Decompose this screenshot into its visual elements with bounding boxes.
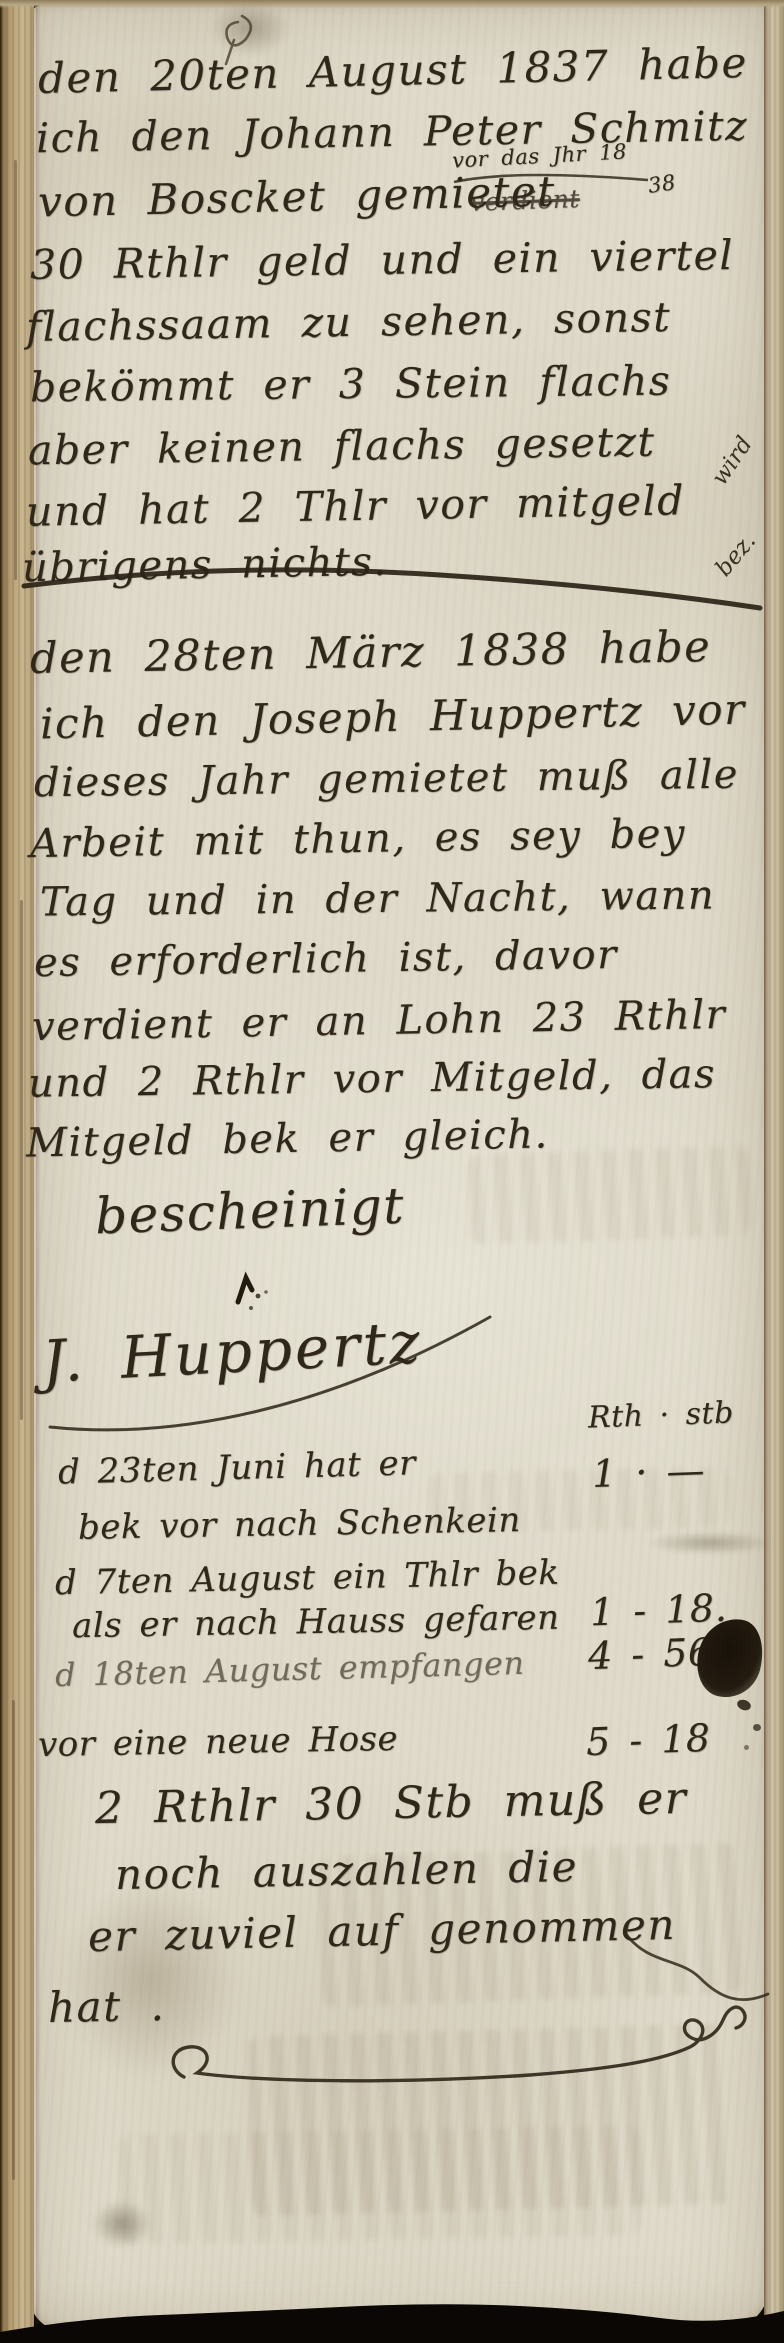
page-top-edge xyxy=(0,0,784,8)
binding-crease xyxy=(20,900,23,1420)
manuscript-line: bekömmt er 3 Stein flachs xyxy=(30,357,672,412)
bleed-through-smudge xyxy=(119,2125,641,2244)
manuscript-line: 30 Rthlr geld und ein viertel xyxy=(30,231,735,289)
account-row-amount: 1 - 18. xyxy=(589,1586,728,1635)
account-row-text: vor eine neue Hose xyxy=(38,1719,399,1765)
manuscript-line: es erforderlich ist, davor xyxy=(34,932,618,986)
manuscript-line: flachssaam zu sehen, sonst xyxy=(26,293,672,351)
manuscript-line: dieses Jahr gemietet muß alle xyxy=(34,752,739,807)
entry-divider-rule xyxy=(20,560,765,620)
closing-flourish xyxy=(150,1985,770,2100)
manuscript-line: Mitgeld bek er gleich. xyxy=(26,1111,549,1166)
account-row-amount: 5 - 18 xyxy=(585,1716,711,1764)
book-bottom-shadow xyxy=(0,2288,784,2343)
ink-speck xyxy=(744,1745,749,1750)
account-row-text: als er nach Hauss gefaren xyxy=(72,1598,560,1647)
account-row-amount: 4 - 56 xyxy=(587,1630,713,1678)
account-row-amount: 1 · — xyxy=(591,1448,705,1496)
closing-line: noch auszahlen die xyxy=(115,1842,579,1899)
bleed-through-smudge xyxy=(469,1145,752,1245)
closing-line: 2 Rthlr 30 Stb muß er xyxy=(95,1773,688,1834)
manuscript-line: und 2 Rthlr vor Mitgeld, das xyxy=(28,1051,717,1107)
paper-stain xyxy=(650,1532,770,1554)
account-row-text: bek vor nach Schenkein xyxy=(78,1500,521,1548)
ink-speck xyxy=(753,1724,761,1731)
book-binding-edge xyxy=(0,0,34,2343)
binding-crease xyxy=(12,1700,15,2180)
binding-crease xyxy=(14,160,17,580)
closing-line: hat . xyxy=(48,1981,166,2032)
attestation-word: bescheinigt xyxy=(94,1177,406,1246)
account-currency-header: Rth · stb xyxy=(587,1395,734,1435)
paper-stain xyxy=(92,2200,152,2248)
manuscript-line: aber keinen flachs gesetzt xyxy=(28,418,656,475)
manuscript-line: Tag und in der Nacht, wann xyxy=(40,872,716,925)
